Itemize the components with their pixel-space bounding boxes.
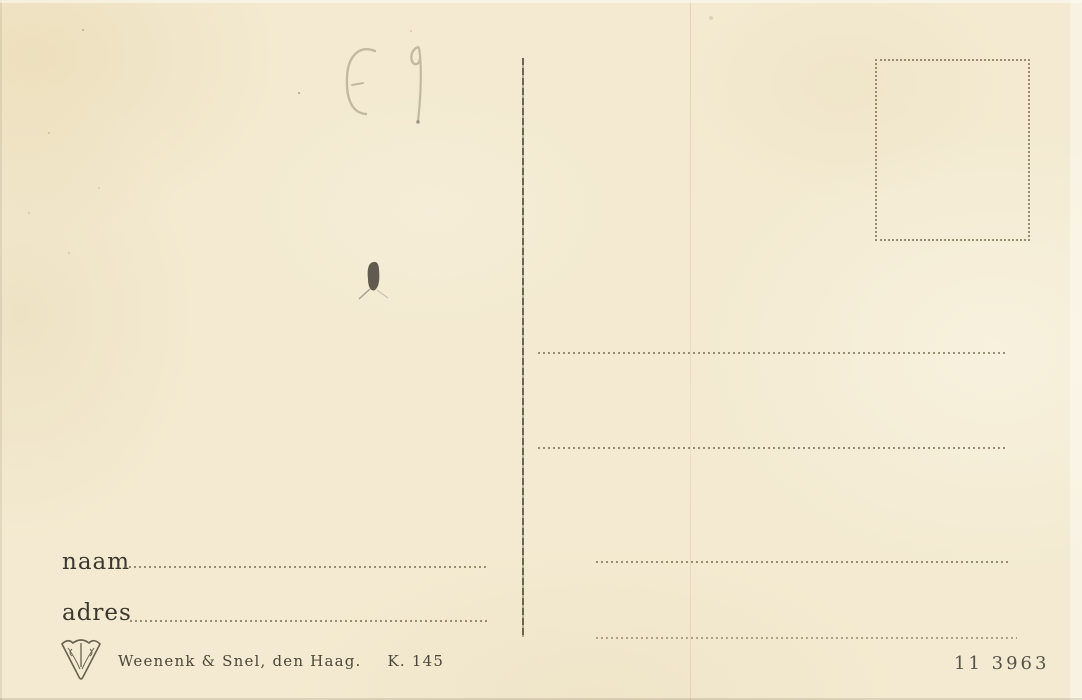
name-line	[124, 566, 488, 568]
publisher-imprint: Weenenk & Snel, den Haag.K. 145	[118, 652, 444, 670]
publisher-name: Weenenk & Snel, den Haag.	[118, 652, 362, 670]
address-line-3	[596, 561, 1010, 563]
postcard-back: naam adres Weenenk & Snel, den Haag.K. 1…	[0, 0, 1082, 700]
address-label-line	[130, 620, 488, 622]
divider-line	[522, 58, 524, 637]
paper-crease	[690, 0, 691, 700]
name-label: naam	[62, 551, 130, 574]
ws-triangle-monogram-icon	[60, 636, 102, 682]
pencil-annotation	[330, 35, 450, 135]
address-line-1	[538, 352, 1006, 354]
stamp-box	[875, 59, 1030, 241]
paper-specks	[298, 92, 300, 94]
publisher-code: K. 145	[388, 652, 445, 670]
address-line-2	[538, 447, 1006, 449]
address-line-4	[596, 637, 1017, 639]
serial-number: 11 3963	[954, 653, 1049, 674]
ink-blot	[355, 255, 395, 305]
address-label: adres	[62, 602, 132, 625]
